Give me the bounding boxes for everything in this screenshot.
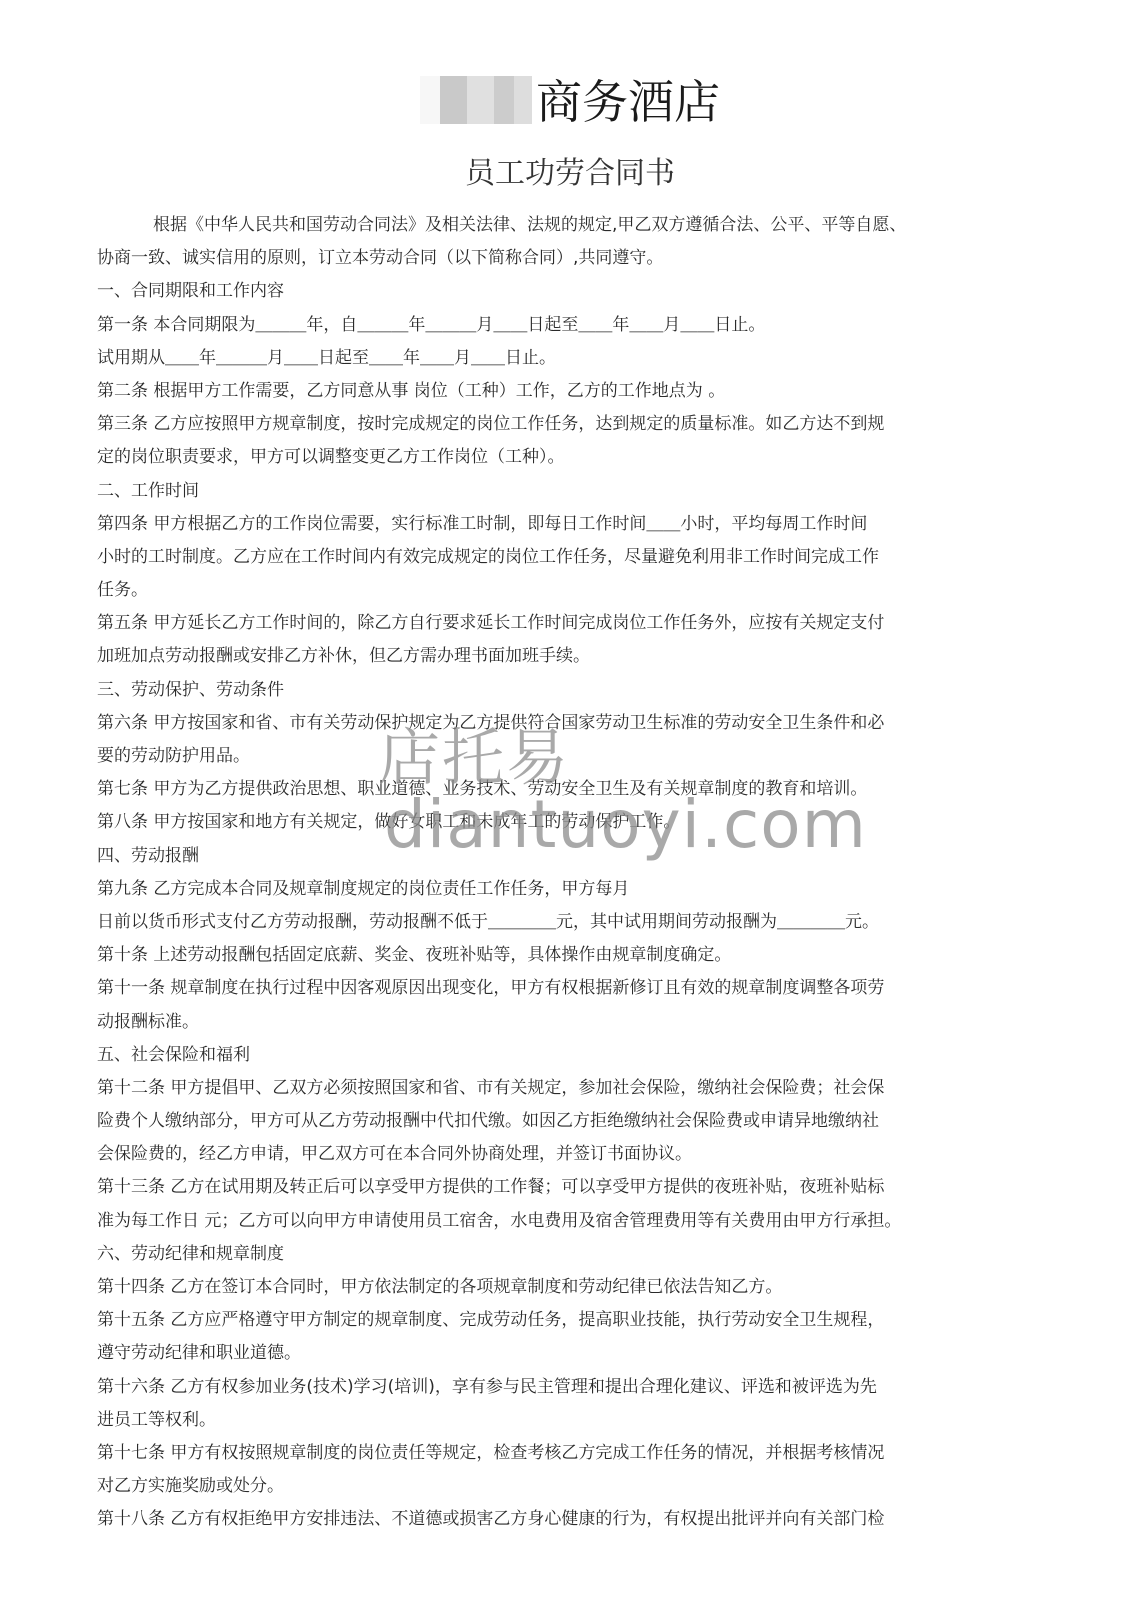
contract-line: 第六条 甲方按国家和省、市有关劳动保护规定为乙方提供符合国家劳动卫生标准的劳动安… [97, 707, 1012, 740]
section-heading: 二、工作时间 [97, 475, 1012, 508]
contract-line: 遵守劳动纪律和职业道德。 [97, 1337, 1012, 1370]
contract-line: 第五条 甲方延长乙方工作时间的，除乙方自行要求延长工作时间完成岗位工作任务外，应… [97, 607, 1012, 640]
contract-line: 对乙方实施奖励或处分。 [97, 1470, 1012, 1503]
contract-line: 第一条 本合同期限为＿＿＿年，自＿＿＿年＿＿＿月＿＿日起至＿＿年＿＿月＿＿日止。 [97, 309, 1012, 342]
document-page: 商务酒店 员工功劳合同书 根据《中华人民共和国劳动合同法》及相关法律、法规的规定… [0, 0, 1140, 1621]
section-heading: 五、社会保险和福利 [97, 1039, 1012, 1072]
section-heading: 一、合同期限和工作内容 [97, 275, 1012, 308]
contract-line: 定的岗位职责要求，甲方可以调整变更乙方工作岗位（工种）。 [97, 441, 1012, 474]
redacted-hotel-name [420, 76, 532, 124]
contract-line: 第十四条 乙方在签订本合同时，甲方依法制定的各项规章制度和劳动纪律已依法告知乙方… [97, 1271, 1012, 1304]
contract-body: 根据《中华人民共和国劳动合同法》及相关法律、法规的规定,甲乙双方遵循合法、公平、… [97, 209, 1012, 1537]
contract-line: 第三条 乙方应按照甲方规章制度，按时完成规定的岗位工作任务，达到规定的质量标准。… [97, 408, 1012, 441]
contract-line: 进员工等权利。 [97, 1404, 1012, 1437]
contract-line: 第十八条 乙方有权拒绝甲方安排违法、不道德或损害乙方身心健康的行为，有权提出批评… [97, 1503, 1012, 1536]
contract-line: 第四条 甲方根据乙方的工作岗位需要，实行标准工时制，即每日工作时间＿＿小时，平均… [97, 508, 1012, 541]
contract-line: 第十三条 乙方在试用期及转正后可以享受甲方提供的工作餐；可以享受甲方提供的夜班补… [97, 1171, 1012, 1204]
contract-line: 小时的工时制度。乙方应在工作时间内有效完成规定的岗位工作任务，尽量避免利用非工作… [97, 541, 1012, 574]
contract-line: 动报酬标准。 [97, 1006, 1012, 1039]
contract-line: 加班加点劳动报酬或安排乙方补休，但乙方需办理书面加班手续。 [97, 640, 1012, 673]
contract-line: 第二条 根据甲方工作需要，乙方同意从事 岗位（工种）工作，乙方的工作地点为 。 [97, 375, 1012, 408]
contract-line: 试用期从＿＿年＿＿＿月＿＿日起至＿＿年＿＿月＿＿日止。 [97, 342, 1012, 375]
section-heading: 四、劳动报酬 [97, 840, 1012, 873]
contract-line: 准为每工作日 元；乙方可以向甲方申请使用员工宿舍，水电费用及宿舍管理费用等有关费… [97, 1205, 1012, 1238]
contract-line: 第七条 甲方为乙方提供政治思想、职业道德、业务技术、劳动安全卫生及有关规章制度的… [97, 773, 1012, 806]
contract-line: 会保险费的，经乙方申请，甲乙双方可在本合同外协商处理，并签订书面协议。 [97, 1138, 1012, 1171]
contract-line: 第十七条 甲方有权按照规章制度的岗位责任等规定，检查考核乙方完成工作任务的情况，… [97, 1437, 1012, 1470]
section-heading: 三、劳动保护、劳动条件 [97, 674, 1012, 707]
contract-line: 日前以货币形式支付乙方劳动报酬，劳动报酬不低于＿＿＿＿元，其中试用期间劳动报酬为… [97, 906, 1012, 939]
contract-line: 要的劳动防护用品。 [97, 740, 1012, 773]
contract-line: 任务。 [97, 574, 1012, 607]
contract-line: 第十条 上述劳动报酬包括固定底薪、奖金、夜班补贴等，具体操作由规章制度确定。 [97, 939, 1012, 972]
contract-line: 第十六条 乙方有权参加业务(技术)学习(培训)，享有参与民主管理和提出合理化建议… [97, 1371, 1012, 1404]
contract-line: 险费个人缴纳部分，甲方可从乙方劳动报酬中代扣代缴。如因乙方拒绝缴纳社会保险费或申… [97, 1105, 1012, 1138]
hotel-name-heading: 商务酒店 [0, 72, 1140, 132]
contract-line: 第九条 乙方完成本合同及规章制度规定的岗位责任工作任务，甲方每月 [97, 873, 1012, 906]
contract-line: 第十一条 规章制度在执行过程中因客观原因出现变化，甲方有权根据新修订且有效的规章… [97, 972, 1012, 1005]
document-title: 员工功劳合同书 [0, 152, 1140, 196]
contract-line: 第十五条 乙方应严格遵守甲方制定的规章制度、完成劳动任务，提高职业技能，执行劳动… [97, 1304, 1012, 1337]
contract-line: 第八条 甲方按国家和地方有关规定，做好女职工和未成年工的劳动保护工作。 [97, 806, 1012, 839]
contract-line: 根据《中华人民共和国劳动合同法》及相关法律、法规的规定,甲乙双方遵循合法、公平、… [97, 209, 1012, 242]
hotel-name-suffix: 商务酒店 [536, 75, 720, 129]
contract-line: 协商一致、诚实信用的原则，订立本劳动合同（以下简称合同）,共同遵守。 [97, 242, 1012, 275]
section-heading: 六、劳动纪律和规章制度 [97, 1238, 1012, 1271]
contract-line: 第十二条 甲方提倡甲、乙双方必须按照国家和省、市有关规定，参加社会保险，缴纳社会… [97, 1072, 1012, 1105]
